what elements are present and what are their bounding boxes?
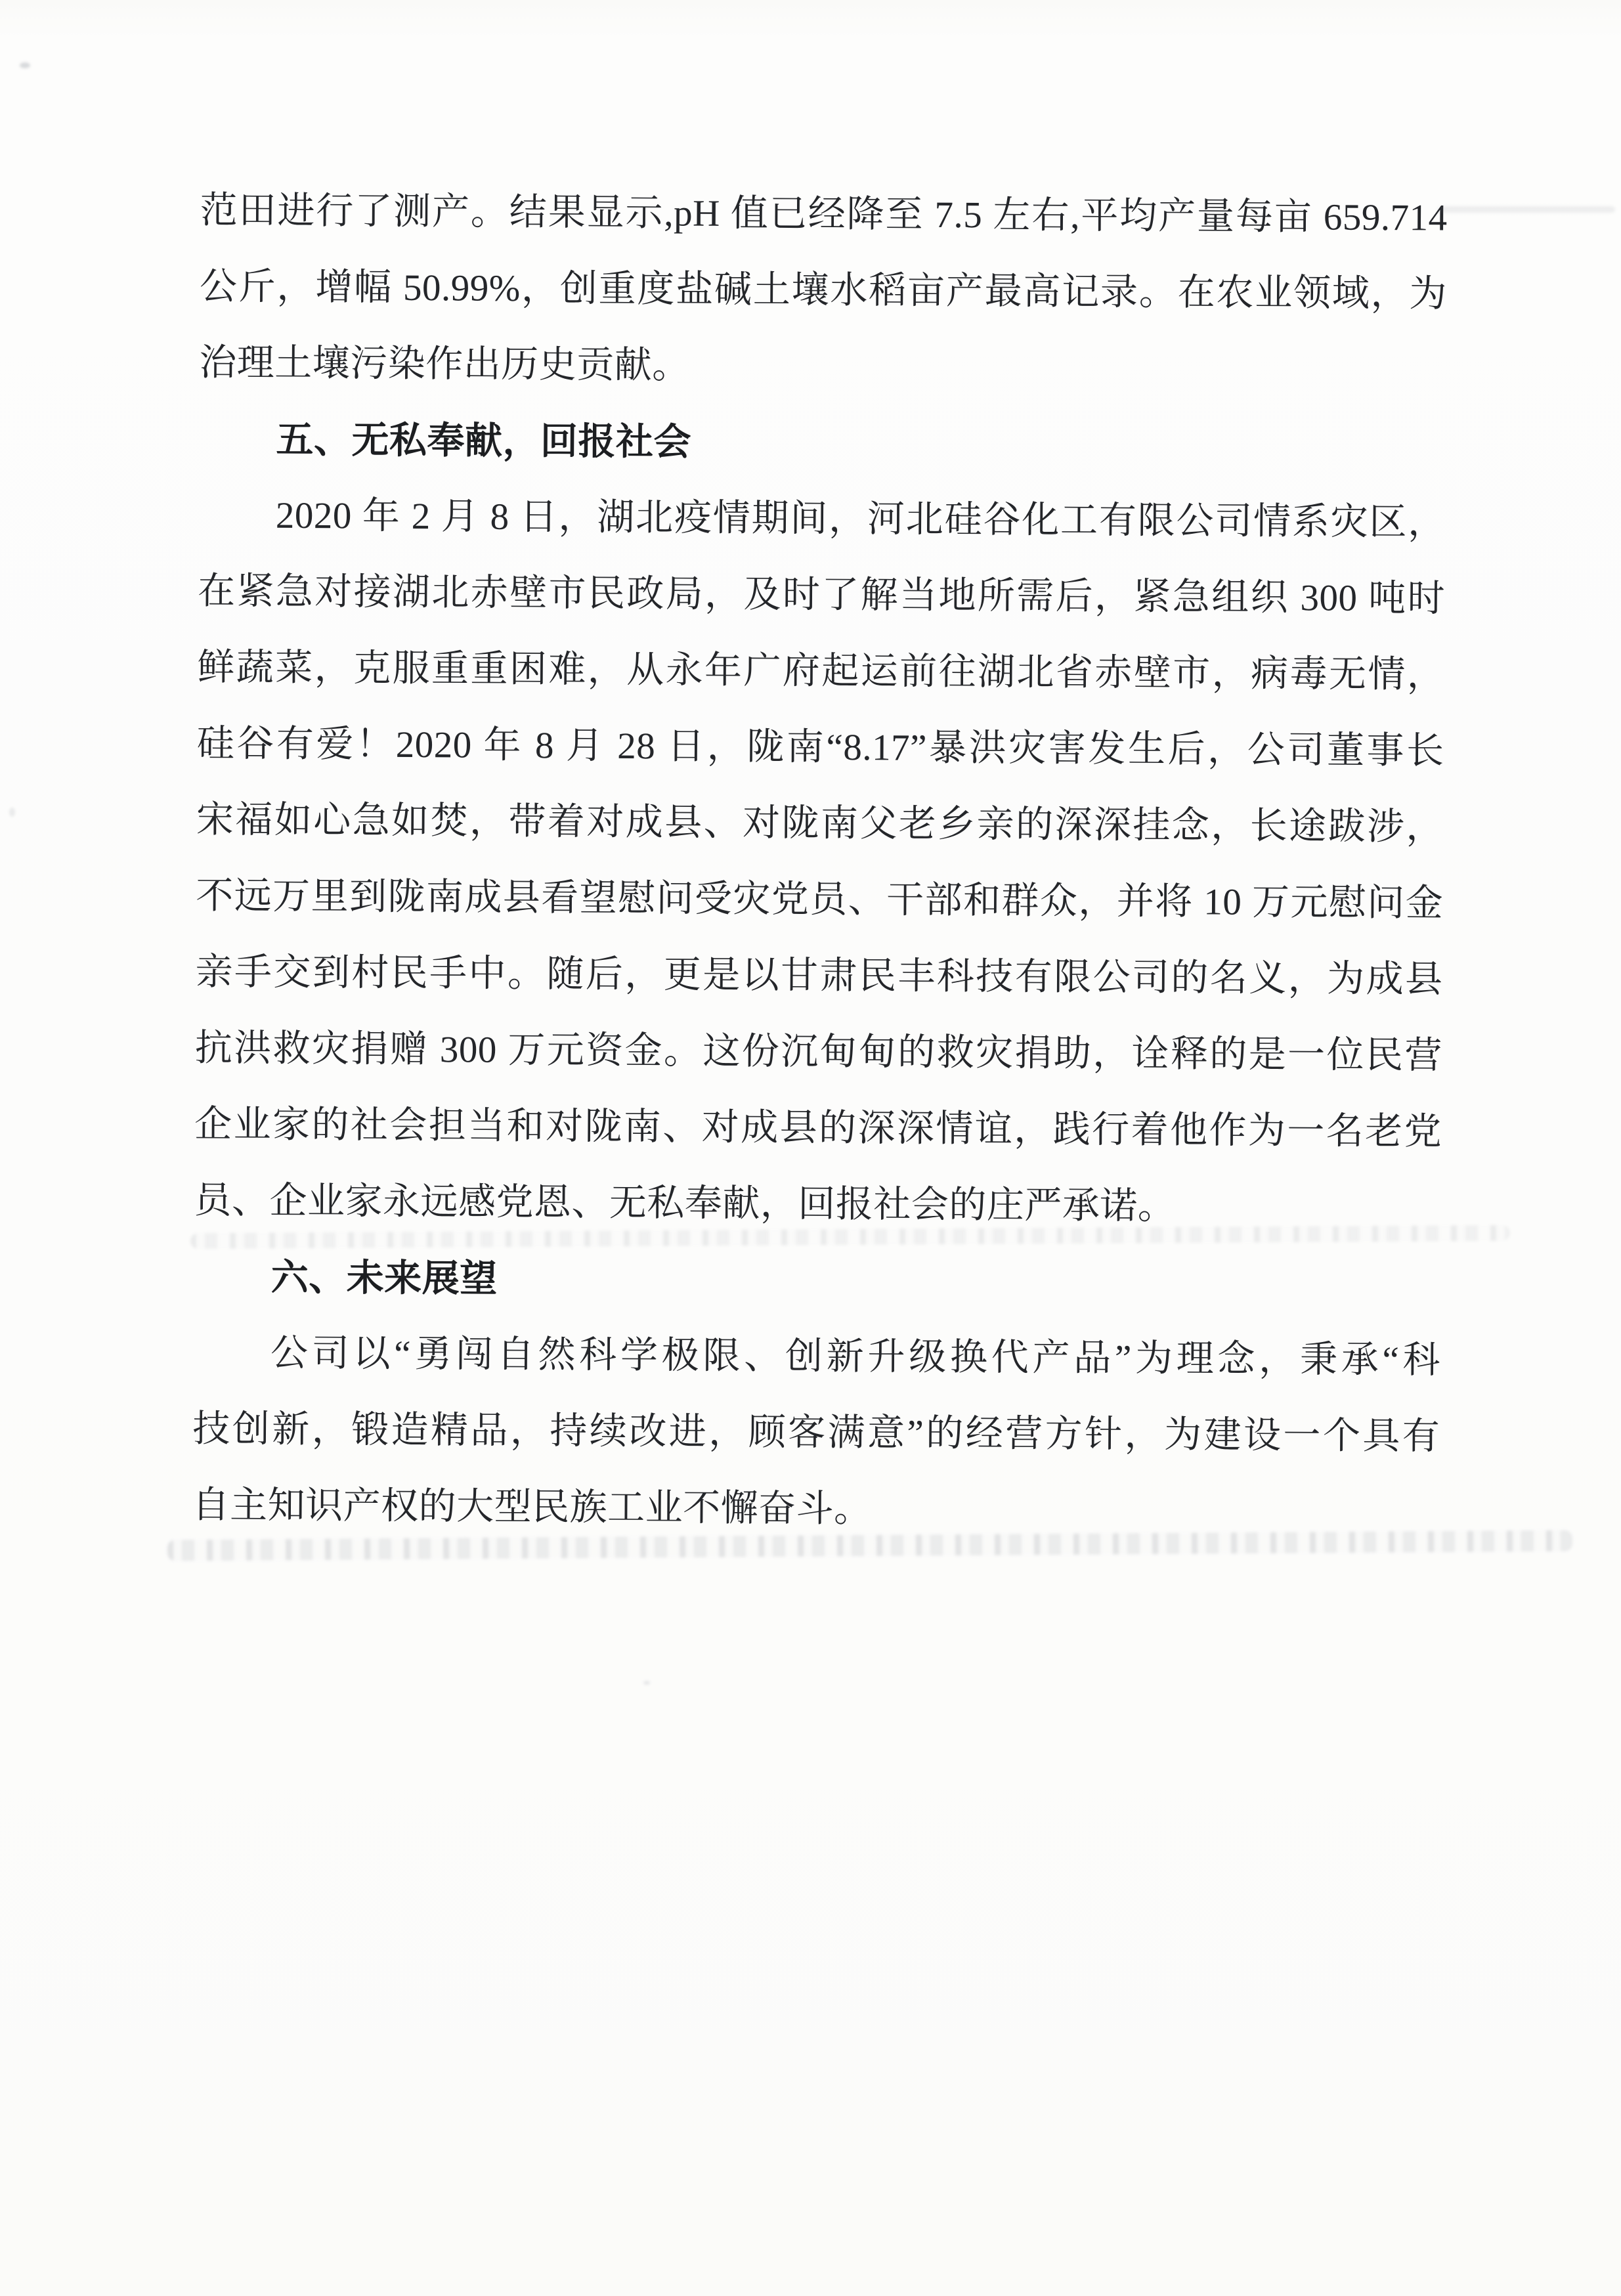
body-line-6: 鲜蔬菜，克服重重困难，从永年广府起运前往湖北省赤壁市，病毒无情， bbox=[197, 630, 1445, 714]
section-6-heading: 六、未来展望 bbox=[193, 1239, 1441, 1323]
body-line-4: 2020 年 2 月 8 日，湖北疫情期间，河北硅谷化工有限公司情系灾区， bbox=[198, 477, 1446, 561]
body-line-12: 企业家的社会担当和对陇南、对成县的深深情谊，践行着他作为一名老党 bbox=[194, 1087, 1442, 1171]
body-line-8: 宋福如心急如焚，带着对成县、对陇南父老乡亲的深深挂念，长途跋涉， bbox=[196, 782, 1444, 866]
body-line-9: 不远万里到陇南成县看望慰问受灾党员、干部和群众，并将 10 万元慰问金 bbox=[196, 858, 1444, 942]
body-line-1: 范田进行了测产。结果显示,pH 值已经降至 7.5 左右,平均产量每亩 659.… bbox=[200, 173, 1448, 257]
body-line-7: 硅谷有爱！2020 年 8 月 28 日，陇南“8.17”暴洪灾害发生后，公司董… bbox=[196, 706, 1444, 790]
scan-speck bbox=[9, 808, 15, 817]
section-5-heading: 五、无私奉献，回报社会 bbox=[198, 401, 1446, 485]
body-line-5: 在紧急对接湖北赤壁市民政局，及时了解当地所需后，紧急组织 300 吨时 bbox=[198, 553, 1446, 638]
body-line-15: 技创新，锻造精品，持续改进，顾客满意”的经营方针，为建设一个具有 bbox=[192, 1391, 1440, 1475]
scan-speck bbox=[643, 1681, 650, 1685]
body-line-11: 抗洪救灾捐赠 300 万元资金。这份沉甸甸的救灾捐助，诠释的是一位民营 bbox=[194, 1010, 1442, 1094]
body-line-14: 公司以“勇闯自然科学极限、创新升级换代产品”为理念，秉承“科 bbox=[193, 1315, 1441, 1399]
text-block: 范田进行了测产。结果显示,pH 值已经降至 7.5 左右,平均产量每亩 659.… bbox=[192, 173, 1448, 1551]
scan-speck bbox=[20, 62, 30, 68]
body-line-10: 亲手交到村民手中。随后，更是以甘肃民丰科技有限公司的名义，为成县 bbox=[195, 934, 1443, 1018]
scan-bleed-streak-right bbox=[1438, 206, 1615, 213]
body-line-3: 治理土壤污染作出历史贡献。 bbox=[199, 325, 1447, 409]
body-line-2: 公斤，增幅 50.99%，创重度盐碱土壤水稻亩产最高记录。在农业领域，为 bbox=[200, 249, 1448, 333]
document-page: 范田进行了测产。结果显示,pH 值已经降至 7.5 左右,平均产量每亩 659.… bbox=[0, 0, 1621, 2296]
